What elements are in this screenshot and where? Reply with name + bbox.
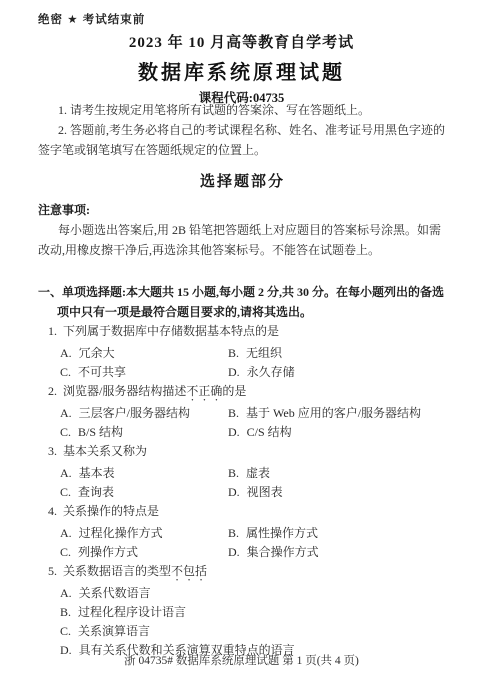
options-list: A.关系代数语言 B.过程化程序设计语言 C.关系演算语言 D.具有关系代数和关…: [38, 584, 447, 660]
notice-body: 每小题选出答案后,用 2B 铅笔把答题纸上对应题目的答案标号涂黑。如需改动,用橡…: [38, 220, 447, 260]
question-number: 1.: [48, 322, 57, 341]
option-text: 永久存储: [247, 365, 295, 379]
option-label: B.: [60, 603, 71, 622]
option-a: A.冗余大: [60, 344, 228, 363]
option-text: 基本表: [79, 466, 115, 480]
option-label: D.: [228, 483, 240, 502]
option-label: C.: [60, 543, 71, 562]
option-text: 集合操作方式: [247, 545, 319, 559]
option-d: D.C/S 结构: [228, 423, 447, 442]
option-label: C.: [60, 622, 71, 641]
option-b: B.过程化程序设计语言: [60, 603, 447, 622]
option-label: C.: [60, 363, 71, 382]
stem-emphasized-text: 不包括: [171, 564, 207, 578]
part-one-heading: 一、单项选择题:本大题共 15 小题,每小题 2 分,共 30 分。在每小题列出…: [38, 283, 447, 322]
option-label: A.: [60, 464, 72, 483]
paper-body: 1. 请考生按规定用笔将所有试题的答案涂、写在答题纸上。 2. 答题前,考生务必…: [38, 100, 447, 660]
option-text: 查询表: [78, 485, 114, 499]
stem-text: 下列属于数据库中存储数据基本特点的是: [63, 324, 279, 338]
option-label: D.: [228, 543, 240, 562]
question-stem: 1.下列属于数据库中存储数据基本特点的是: [38, 322, 447, 344]
option-a: A.三层客户/服务器结构: [60, 404, 228, 423]
option-d: D.集合操作方式: [228, 543, 447, 562]
question-number: 2.: [48, 382, 57, 401]
instruction-item-2: 2. 答题前,考生务必将自己的考试课程名称、姓名、准考证号用黑色字迹的签字笔或钢…: [38, 120, 447, 160]
page-title: 数据库系统原理试题: [0, 56, 483, 85]
option-c: C.关系演算语言: [60, 622, 447, 641]
stem-emphasized-text: 不正确: [186, 384, 222, 398]
option-label: D.: [228, 423, 240, 442]
stem-text: 浏览器/服务器结构描述: [63, 384, 186, 398]
option-text: 关系演算语言: [78, 624, 150, 638]
option-label: D.: [228, 363, 240, 382]
option-a: A.基本表: [60, 464, 228, 483]
option-label: A.: [60, 524, 72, 543]
question-number: 3.: [48, 442, 57, 461]
option-label: B.: [228, 404, 239, 423]
options-grid: A.三层客户/服务器结构 B.基于 Web 应用的客户/服务器结构 C.B/S …: [38, 404, 447, 442]
option-text: 属性操作方式: [246, 526, 318, 540]
question-stem: 4.关系操作的特点是: [38, 502, 447, 524]
question-3: 3.基本关系又称为 A.基本表 B.虚表 C.查询表 D.视图表: [38, 442, 447, 502]
question-4: 4.关系操作的特点是 A.过程化操作方式 B.属性操作方式 C.列操作方式 D.…: [38, 502, 447, 562]
option-text: 不可共享: [78, 365, 126, 379]
question-list: 1.下列属于数据库中存储数据基本特点的是 A.冗余大 B.无组织 C.不可共享 …: [38, 322, 447, 660]
option-c: C.B/S 结构: [60, 423, 228, 442]
option-text: 列操作方式: [78, 545, 138, 559]
option-label: B.: [228, 464, 239, 483]
question-2: 2.浏览器/服务器结构描述不正确的是 A.三层客户/服务器结构 B.基于 Web…: [38, 382, 447, 442]
stem-text: 关系数据语言的类型: [63, 564, 171, 578]
option-text: 视图表: [247, 485, 283, 499]
instruction-item-1: 1. 请考生按规定用笔将所有试题的答案涂、写在答题纸上。: [38, 100, 447, 120]
question-stem: 3.基本关系又称为: [38, 442, 447, 464]
exam-session-title: 2023 年 10 月高等教育自学考试: [0, 31, 483, 52]
option-text: 关系代数语言: [79, 586, 151, 600]
option-b: B.属性操作方式: [228, 524, 447, 543]
options-grid: A.基本表 B.虚表 C.查询表 D.视图表: [38, 464, 447, 502]
option-b: B.虚表: [228, 464, 447, 483]
exam-paper-page: 绝密 ★ 考试结束前 2023 年 10 月高等教育自学考试 数据库系统原理试题…: [0, 0, 483, 691]
option-label: B.: [228, 524, 239, 543]
section-heading-choice: 选择题部分: [38, 172, 447, 192]
option-text: B/S 结构: [78, 425, 123, 439]
option-c: C.列操作方式: [60, 543, 228, 562]
option-b: B.基于 Web 应用的客户/服务器结构: [228, 404, 447, 423]
stem-text-tail: 的是: [222, 384, 246, 398]
option-text: 过程化程序设计语言: [78, 605, 186, 619]
question-stem: 2.浏览器/服务器结构描述不正确的是: [38, 382, 447, 404]
stem-text: 基本关系又称为: [63, 444, 147, 458]
option-text: 三层客户/服务器结构: [79, 406, 190, 420]
options-grid: A.冗余大 B.无组织 C.不可共享 D.永久存储: [38, 344, 447, 382]
option-label: A.: [60, 584, 72, 603]
option-label: C.: [60, 423, 71, 442]
option-label: A.: [60, 404, 72, 423]
question-stem: 5.关系数据语言的类型不包括: [38, 562, 447, 584]
option-a: A.过程化操作方式: [60, 524, 228, 543]
option-text: 冗余大: [79, 346, 115, 360]
question-1: 1.下列属于数据库中存储数据基本特点的是 A.冗余大 B.无组织 C.不可共享 …: [38, 322, 447, 382]
option-text: 过程化操作方式: [79, 526, 163, 540]
page-footer: 浙 04735# 数据库系统原理试题 第 1 页(共 4 页): [0, 652, 483, 668]
options-grid: A.过程化操作方式 B.属性操作方式 C.列操作方式 D.集合操作方式: [38, 524, 447, 562]
question-number: 5.: [48, 562, 57, 581]
option-text: C/S 结构: [247, 425, 292, 439]
option-label: A.: [60, 344, 72, 363]
notice-title: 注意事项:: [38, 200, 447, 220]
option-text: 虚表: [246, 466, 270, 480]
option-d: D.永久存储: [228, 363, 447, 382]
classification-banner: 绝密 ★ 考试结束前: [38, 11, 145, 27]
option-text: 无组织: [246, 346, 282, 360]
option-label: B.: [228, 344, 239, 363]
stem-text: 关系操作的特点是: [63, 504, 159, 518]
option-text: 基于 Web 应用的客户/服务器结构: [246, 406, 421, 420]
option-a: A.关系代数语言: [60, 584, 447, 603]
question-number: 4.: [48, 502, 57, 521]
question-5: 5.关系数据语言的类型不包括 A.关系代数语言 B.过程化程序设计语言 C.关系…: [38, 562, 447, 660]
paper-header: 2023 年 10 月高等教育自学考试 数据库系统原理试题 课程代码:04735: [0, 31, 483, 106]
option-label: C.: [60, 483, 71, 502]
option-c: C.不可共享: [60, 363, 228, 382]
option-d: D.视图表: [228, 483, 447, 502]
option-c: C.查询表: [60, 483, 228, 502]
option-b: B.无组织: [228, 344, 447, 363]
